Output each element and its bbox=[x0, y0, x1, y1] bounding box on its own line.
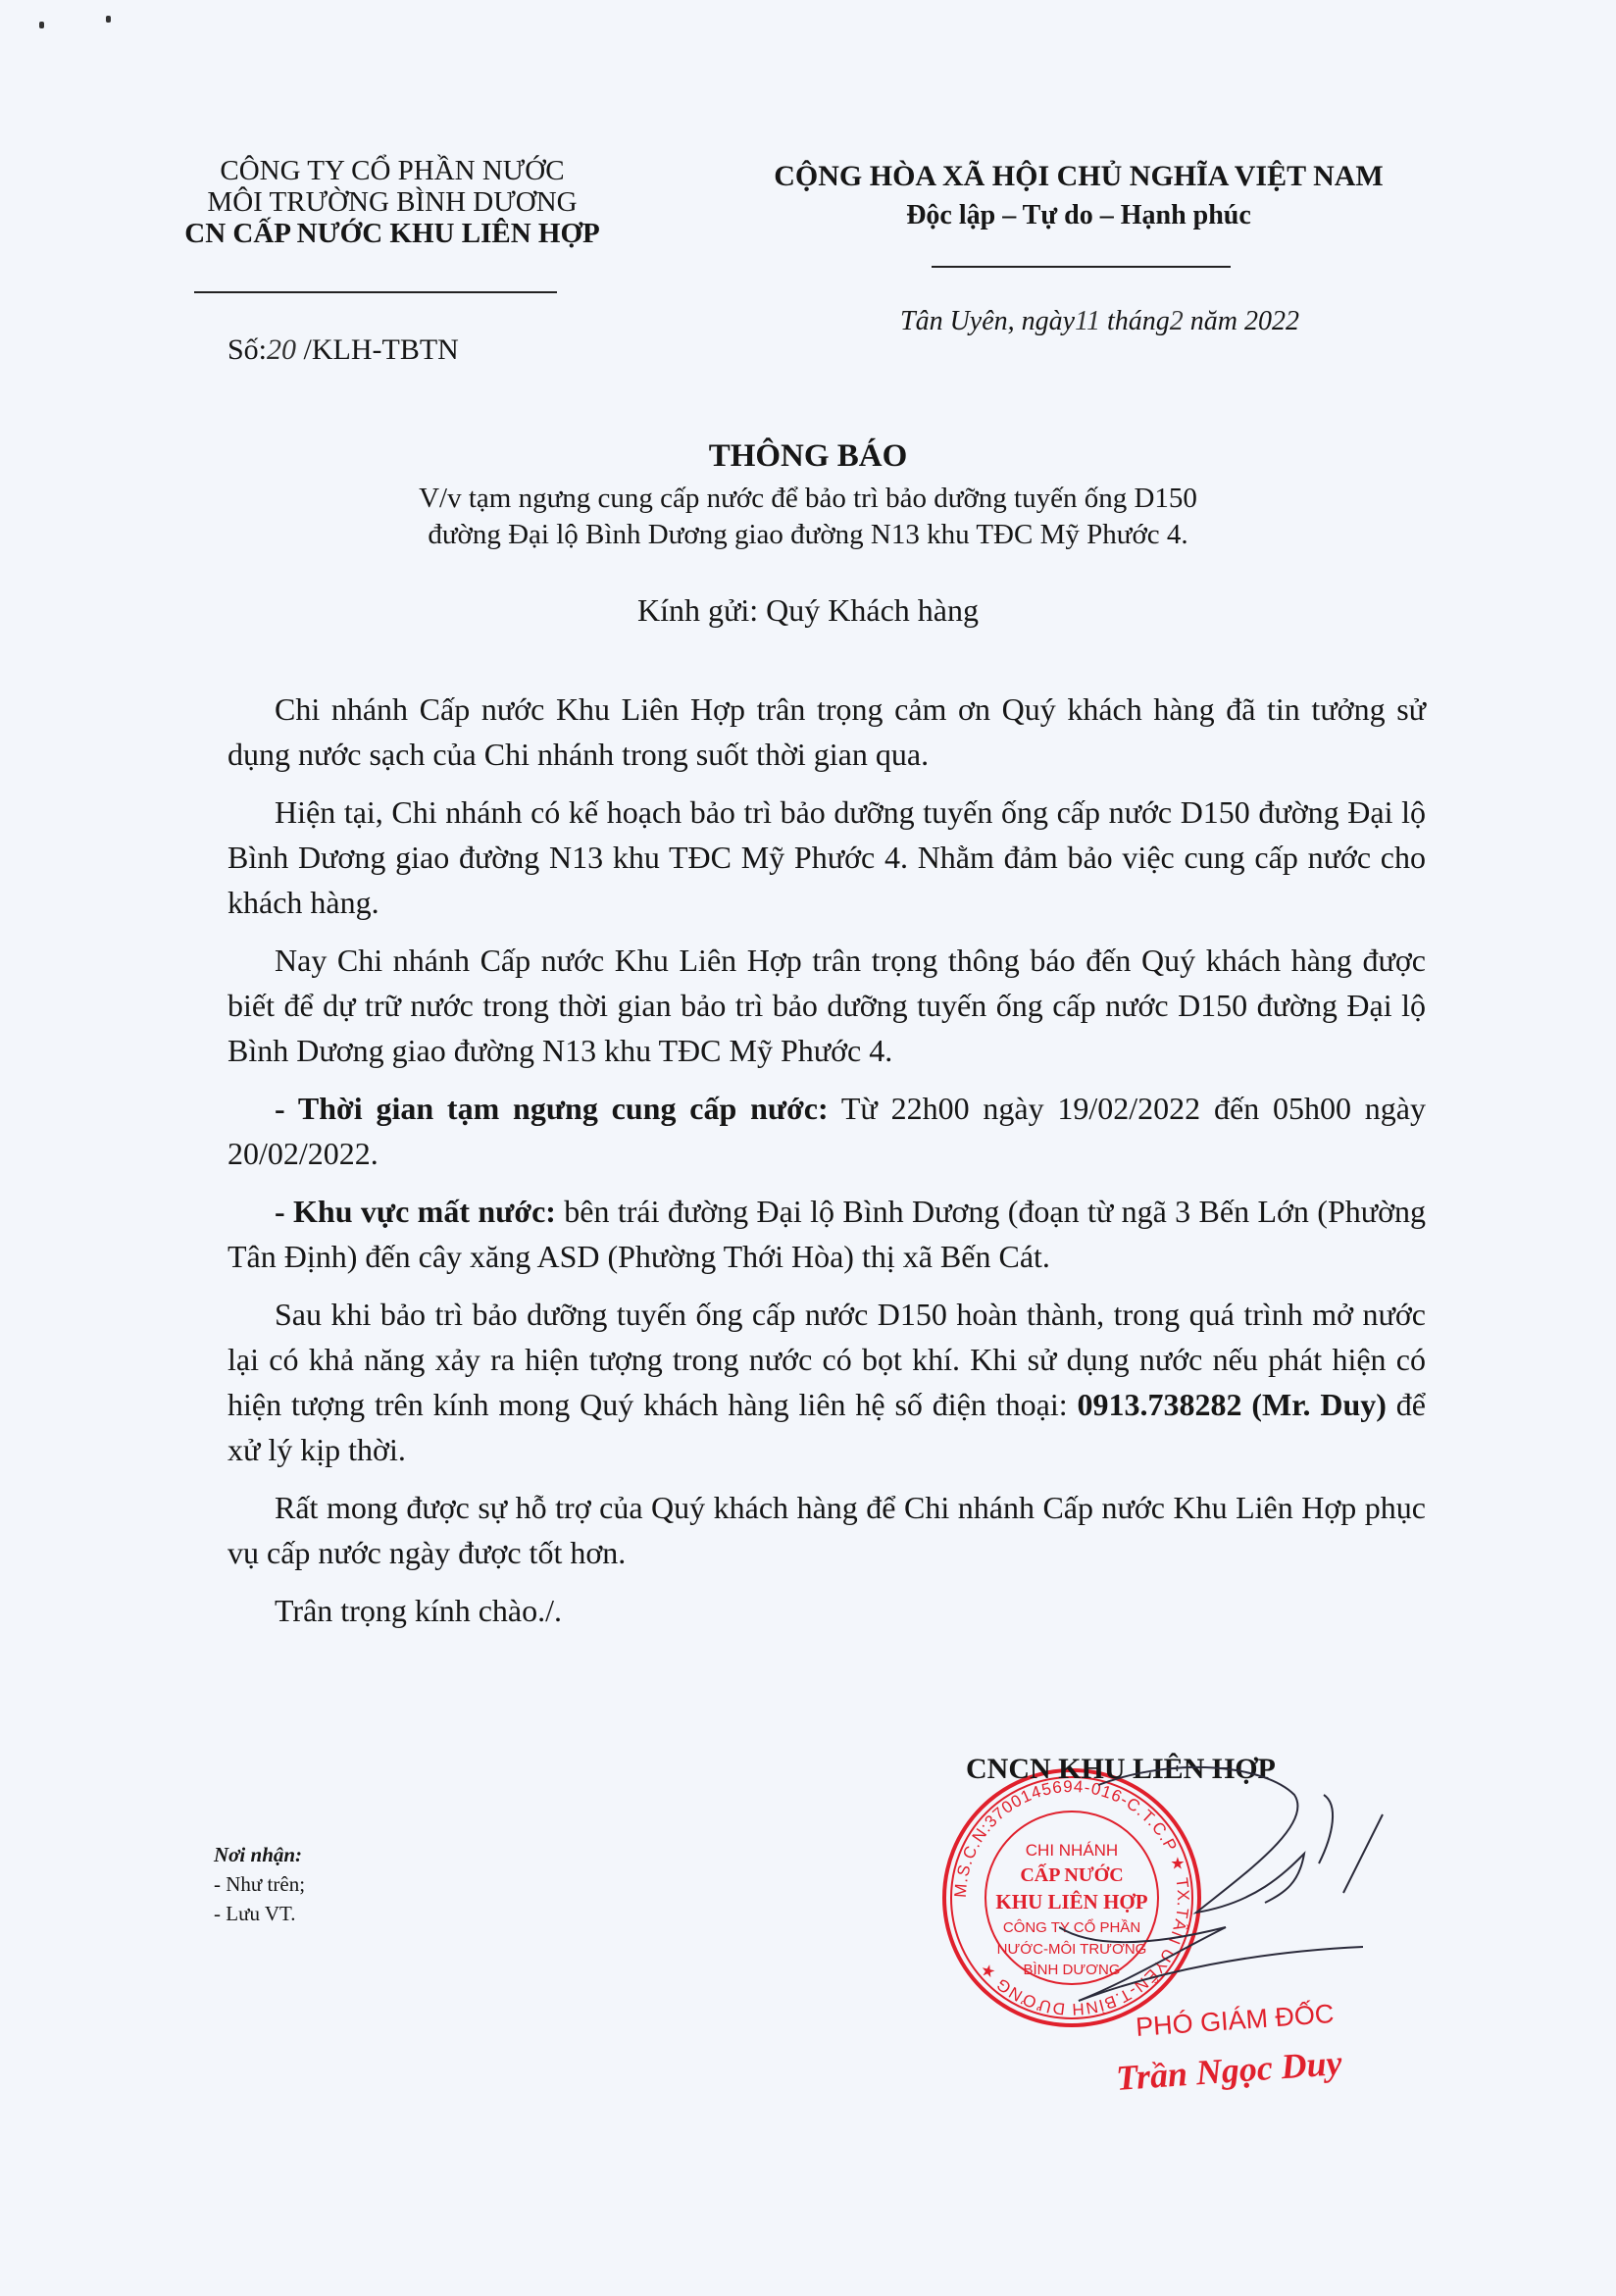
motto-divider bbox=[932, 266, 1231, 268]
issuer-branch: CN CẤP NƯỚC KHU LIÊN HỢP bbox=[157, 218, 628, 249]
addressee: Kính gửi: Quý Khách hàng bbox=[0, 592, 1616, 629]
contact-phone: 0913.738282 (Mr. Duy) bbox=[1077, 1387, 1386, 1422]
contact-paragraph: Sau khi bảo trì bảo dưỡng tuyến ống cấp … bbox=[227, 1292, 1426, 1472]
signer-name: Trần Ngọc Duy bbox=[1115, 2042, 1343, 2099]
outage-area: - Khu vực mất nước: bên trái đường Đại l… bbox=[227, 1189, 1426, 1279]
paragraph: Chi nhánh Cấp nước Khu Liên Hợp trân trọ… bbox=[227, 687, 1426, 777]
signature-mark bbox=[1059, 1756, 1422, 2011]
handwritten-number: 20 bbox=[267, 333, 296, 366]
document-body: Chi nhánh Cấp nước Khu Liên Hợp trân trọ… bbox=[227, 687, 1426, 1646]
issuer-header: CÔNG TY CỔ PHẦN NƯỚC MÔI TRƯỜNG BÌNH DƯƠ… bbox=[157, 155, 628, 249]
national-title: CỘNG HÒA XÃ HỘI CHỦ NGHĨA VIỆT NAM bbox=[731, 157, 1427, 196]
closing: Trân trọng kính chào./. bbox=[227, 1588, 1426, 1633]
outage-time: - Thời gian tạm ngưng cung cấp nước: Từ … bbox=[227, 1086, 1426, 1176]
national-header: CỘNG HÒA XÃ HỘI CHỦ NGHĨA VIỆT NAM Độc l… bbox=[731, 157, 1427, 235]
document-date: Tân Uyên, ngày11 tháng2 năm 2022 bbox=[900, 306, 1299, 337]
document-number: Số:20 /KLH-TBTN bbox=[227, 333, 459, 367]
document-subject: V/v tạm ngưng cung cấp nước để bảo trì b… bbox=[0, 481, 1616, 553]
paragraph: Hiện tại, Chi nhánh có kế hoạch bảo trì … bbox=[227, 790, 1426, 925]
document-title: THÔNG BÁO bbox=[0, 438, 1616, 475]
recipients: Nơi nhận: - Như trên; - Lưu VT. bbox=[214, 1840, 305, 1928]
issuer-company: CÔNG TY CỔ PHẦN NƯỚC bbox=[157, 155, 628, 186]
issuer-company-2: MÔI TRƯỜNG BÌNH DƯƠNG bbox=[157, 186, 628, 218]
national-motto: Độc lập – Tự do – Hạnh phúc bbox=[731, 196, 1427, 235]
punch-mark bbox=[106, 16, 111, 23]
paragraph: Rất mong được sự hỗ trợ của Quý khách hà… bbox=[227, 1485, 1426, 1575]
punch-mark bbox=[39, 22, 44, 28]
paragraph: Nay Chi nhánh Cấp nước Khu Liên Hợp trân… bbox=[227, 938, 1426, 1073]
header-divider bbox=[194, 291, 557, 293]
